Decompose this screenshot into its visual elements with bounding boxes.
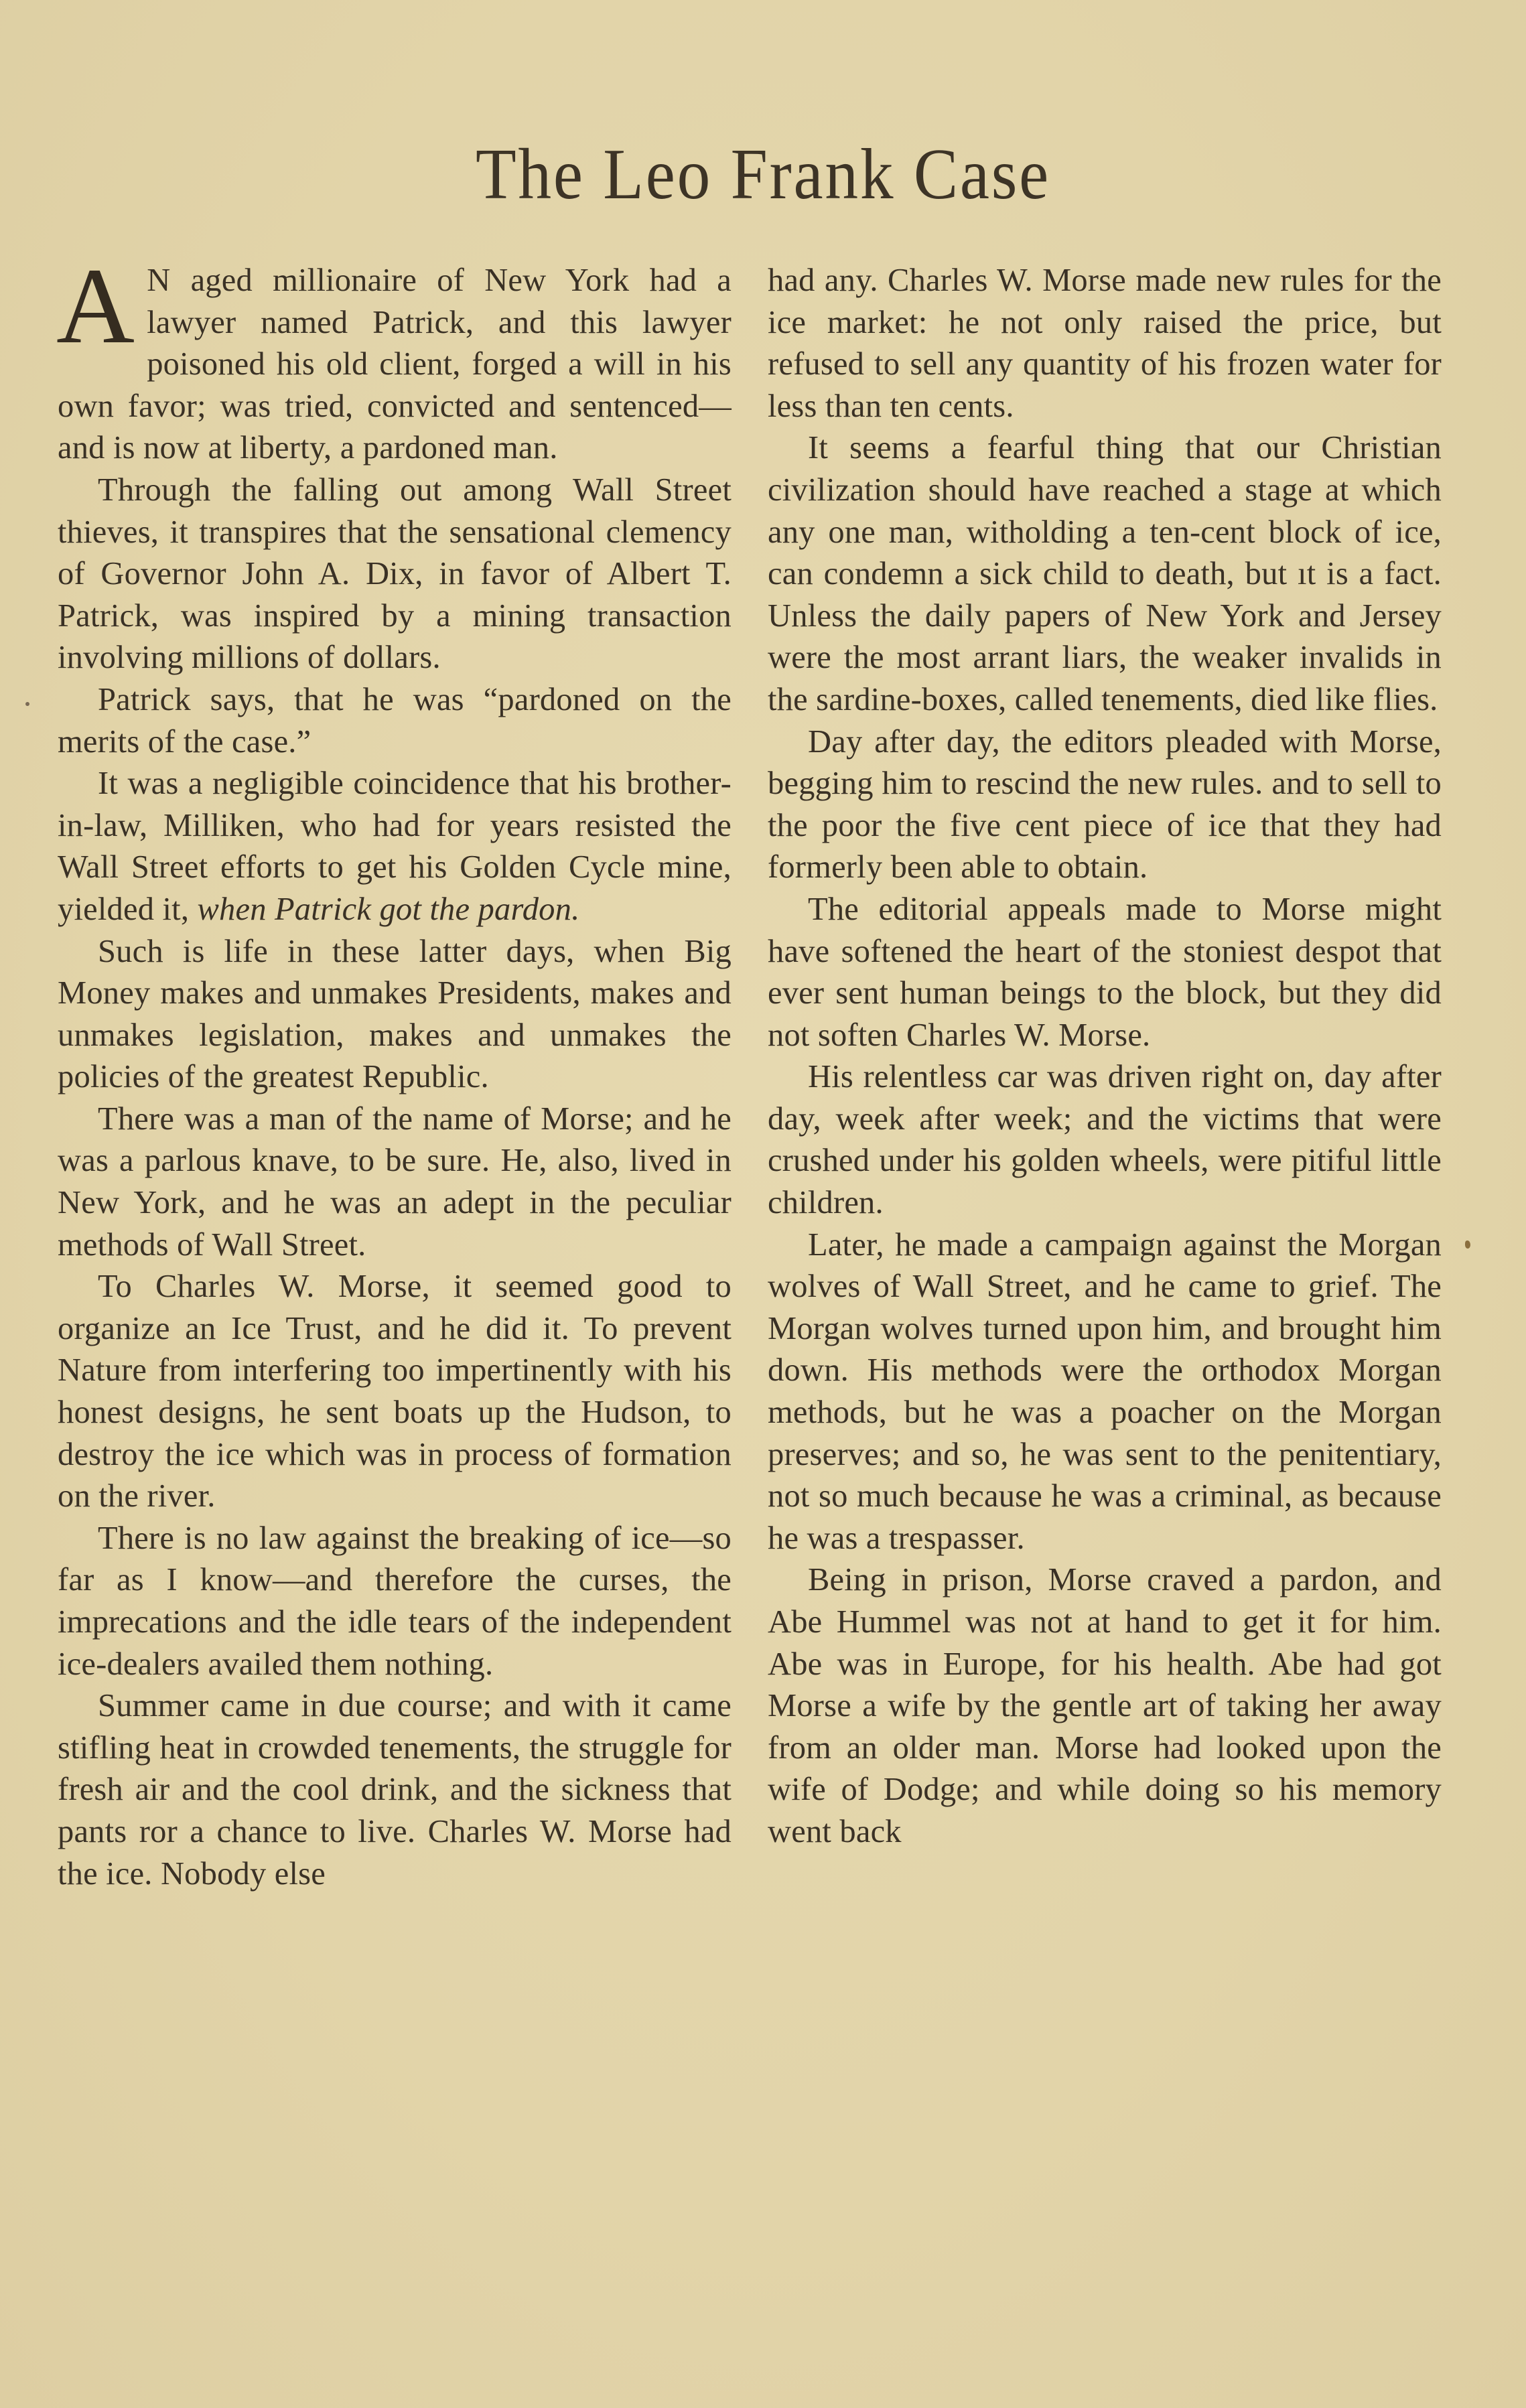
drop-cap: A [56,267,135,350]
paragraph: It seems a fearful thing that our Christ… [768,427,1442,721]
paragraph: It was a negligible coincidence that his… [58,763,732,930]
paragraph-text: N aged millionaire of New York had a law… [58,263,732,466]
article-title: The Leo Frank Case [61,131,1465,218]
paragraph: Later, he made a campaign against the Mo… [768,1224,1442,1560]
paragraph: Through the falling out among Wall Stree… [58,470,732,679]
paragraph: Being in prison, Morse craved a pardon, … [768,1559,1442,1853]
left-column: AN aged millionaire of New York had a la… [58,260,732,1895]
paragraph: Summer came in due course; and with it c… [58,1685,732,1895]
scan-speck-mark [1465,1241,1470,1249]
paragraph: Patrick says, that he was “pardoned on t… [58,679,732,763]
paragraph: There is no law against the breaking of … [58,1518,732,1685]
paragraph: Day after day, the editors pleaded with … [768,721,1442,889]
right-column: had any. Charles W. Morse made new rules… [768,260,1442,1853]
paragraph-opening: AN aged millionaire of New York had a la… [58,260,732,470]
italic-emphasis: when Patrick got the pardon. [197,892,579,927]
paragraph: To Charles W. Morse, it seemed good to o… [58,1266,732,1518]
paragraph: There was a man of the name of Morse; an… [58,1099,732,1266]
paragraph: Such is life in these latter days, when … [58,931,732,1099]
scan-speck-mark [25,702,29,706]
paragraph: The editorial appeals made to Morse migh… [768,889,1442,1056]
paragraph-continuation: had any. Charles W. Morse made new rules… [768,260,1442,427]
paragraph: His relentless car was driven right on, … [768,1056,1442,1224]
